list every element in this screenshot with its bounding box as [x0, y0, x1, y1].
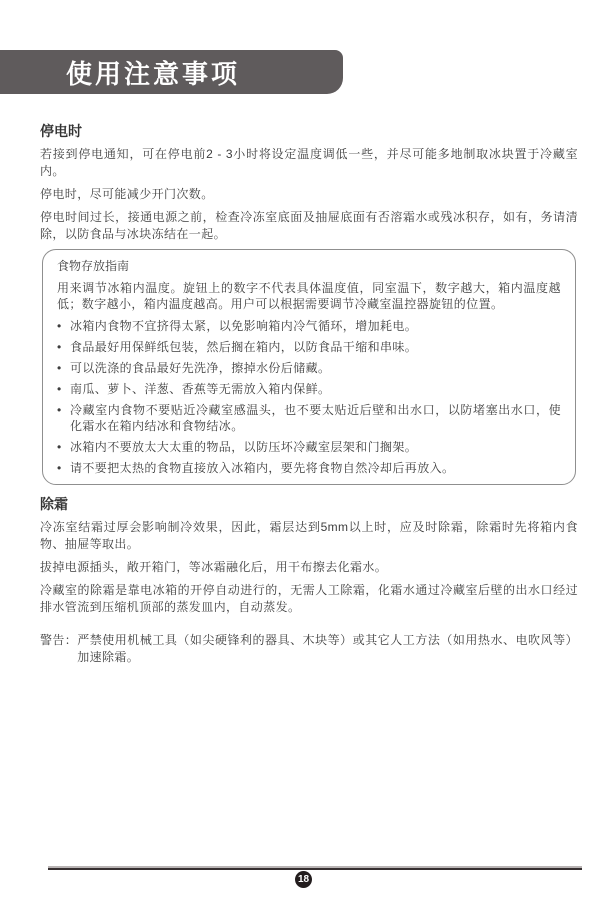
page-content: 停电时 若接到停电通知，可在停电前2 - 3小时将设定温度调低一些，并尽可能多地…	[40, 122, 578, 666]
defrost-heading: 除霜	[40, 495, 578, 513]
footer-divider	[48, 866, 582, 870]
power-outage-paragraph: 若接到停电通知，可在停电前2 - 3小时将设定温度调低一些，并尽可能多地制取冰块…	[40, 146, 578, 180]
section-header-bar: 使用注意事项	[0, 50, 343, 94]
storage-guide-item: 冰箱内不要放太大太重的物品，以防压坏冷藏室层架和门搁架。	[57, 439, 561, 455]
storage-guide-item: 请不要把太热的食物直接放入冰箱内，要先将食物自然冷却后再放入。	[57, 460, 561, 476]
defrost-paragraph: 冷藏室的除霜是靠电冰箱的开停自动进行的，无需人工除霜，化霜水通过冷藏室后壁的出水…	[40, 582, 578, 616]
defrost-paragraph: 冷冻室结霜过厚会影响制冷效果，因此，霜层达到5mm以上时，应及时除霜，除霜时先将…	[40, 519, 578, 553]
storage-guide-item: 南瓜、萝卜、洋葱、香蕉等无需放入箱内保鲜。	[57, 381, 561, 397]
warning-label: 警告：	[40, 632, 77, 666]
power-outage-heading: 停电时	[40, 122, 578, 140]
power-outage-paragraph: 停电时间过长，接通电源之前，检查冷冻室底面及抽屉底面有否溶霜水或残冰积存，如有，…	[40, 209, 578, 243]
storage-guide-item: 食品最好用保鲜纸包装，然后搁在箱内，以防食品干缩和串味。	[57, 339, 561, 355]
storage-guide-item: 冷藏室内食物不要贴近冷藏室感温头，也不要太贴近后壁和出水口，以防堵塞出水口，使化…	[57, 402, 561, 434]
defrost-paragraph: 拔掉电源插头，敞开箱门，等冰霜融化后，用干布擦去化霜水。	[40, 559, 578, 576]
warning-text: 严禁使用机械工具（如尖硬锋利的器具、木块等）或其它人工方法（如用热水、电吹风等）…	[77, 632, 578, 666]
manual-page: 使用注意事项 停电时 若接到停电通知，可在停电前2 - 3小时将设定温度调低一些…	[0, 0, 606, 914]
storage-guide-list: 冰箱内食物不宜挤得太紧，以免影响箱内冷气循环，增加耗电。 食品最好用保鲜纸包装，…	[57, 318, 561, 476]
food-storage-guide-box: 食物存放指南 用来调节冰箱内温度。旋钮上的数字不代表具体温度值，同室温下，数字越…	[42, 249, 576, 485]
storage-guide-item: 可以洗涤的食品最好先洗净，擦掉水份后储藏。	[57, 360, 561, 376]
page-title: 使用注意事项	[0, 54, 240, 91]
power-outage-paragraph: 停电时，尽可能减少开门次数。	[40, 186, 578, 203]
storage-guide-intro: 用来调节冰箱内温度。旋钮上的数字不代表具体温度值，同室温下，数字越大，箱内温度越…	[57, 280, 561, 312]
storage-guide-item: 冰箱内食物不宜挤得太紧，以免影响箱内冷气循环，增加耗电。	[57, 318, 561, 334]
storage-guide-title: 食物存放指南	[57, 258, 561, 274]
warning-note: 警告： 严禁使用机械工具（如尖硬锋利的器具、木块等）或其它人工方法（如用热水、电…	[40, 632, 578, 666]
page-number-badge: 18	[295, 871, 312, 888]
